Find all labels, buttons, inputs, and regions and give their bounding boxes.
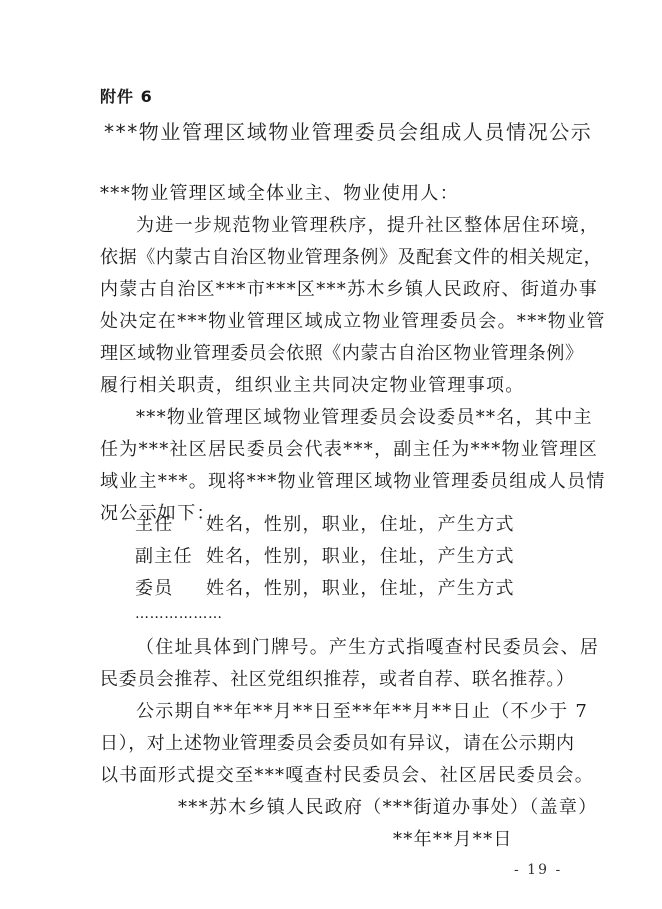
member-role: 委员: [135, 577, 206, 601]
member-row-vice-chair: 副主任姓名，性别，职业，住址，产生方式: [135, 545, 515, 569]
period-line: 公示期自**年**月**日至**年**月**日止（不少于 7: [136, 700, 588, 724]
paragraph1-line: 内蒙古自治区***市***区***苏木乡镇人民政府、街道办事: [100, 278, 598, 302]
paragraph1-line: 处决定在***物业管理区域成立物业管理委员会。***物业管: [100, 310, 606, 334]
paragraph1-line: 依据《内蒙古自治区物业管理条例》及配套文件的相关规定，: [100, 246, 602, 270]
paragraph1-line: 为进一步规范物业管理秩序，提升社区整体居住环境，: [136, 214, 599, 238]
signature-date: **年**月**日: [393, 828, 513, 852]
signature: ***苏木乡镇人民政府（***街道办事处）（盖章）: [178, 796, 598, 820]
note-line: （住址具体到门牌号。产生方式指嘎查村民委员会、居: [136, 636, 599, 660]
member-details: 姓名，性别，职业，住址，产生方式: [206, 578, 515, 599]
paragraph2-line: ***物业管理区域物业管理委员会设委员**名，其中主: [136, 406, 593, 430]
member-row-member: 委员姓名，性别，职业，住址，产生方式: [135, 577, 515, 601]
paragraph2-line: 域业主***。现将***物业管理区域物业管理委员组成人员情: [100, 470, 606, 494]
paragraph2-line: 任为***社区居民委员会代表***，副主任为***物业管理区: [100, 438, 598, 462]
paragraph1-line: 理区域物业管理委员会依照《内蒙古自治区物业管理条例》: [100, 342, 584, 366]
member-role: 副主任: [135, 545, 206, 569]
period-line: 以书面形式提交至***嘎查村民委员会、社区居民委员会。: [100, 764, 594, 788]
ellipsis: ………………: [135, 606, 223, 622]
member-details: 姓名，性别，职业，住址，产生方式: [206, 514, 515, 535]
salutation: ***物业管理区域全体业主、物业使用人：: [100, 182, 459, 206]
document-title: ***物业管理区域物业管理委员会组成人员情况公示: [104, 116, 592, 145]
page-number: - 19 -: [514, 862, 562, 878]
period-line: 日），对上述物业管理委员会委员如有异议，请在公示期内: [100, 732, 575, 756]
member-details: 姓名，性别，职业，住址，产生方式: [206, 546, 515, 567]
member-row-chair: 主任姓名，性别，职业，住址，产生方式: [135, 513, 515, 537]
attachment-label: 附件 6: [100, 84, 153, 107]
document-page: 附件 6 ***物业管理区域物业管理委员会组成人员情况公示 ***物业管理区域全…: [0, 0, 662, 909]
member-role: 主任: [135, 513, 206, 537]
note-line: 民委员会推荐、社区党组织推荐，或者自荐、联名推荐。）: [100, 668, 575, 692]
paragraph1-line: 履行相关职责，组织业主共同决定物业管理事项。: [100, 374, 525, 398]
